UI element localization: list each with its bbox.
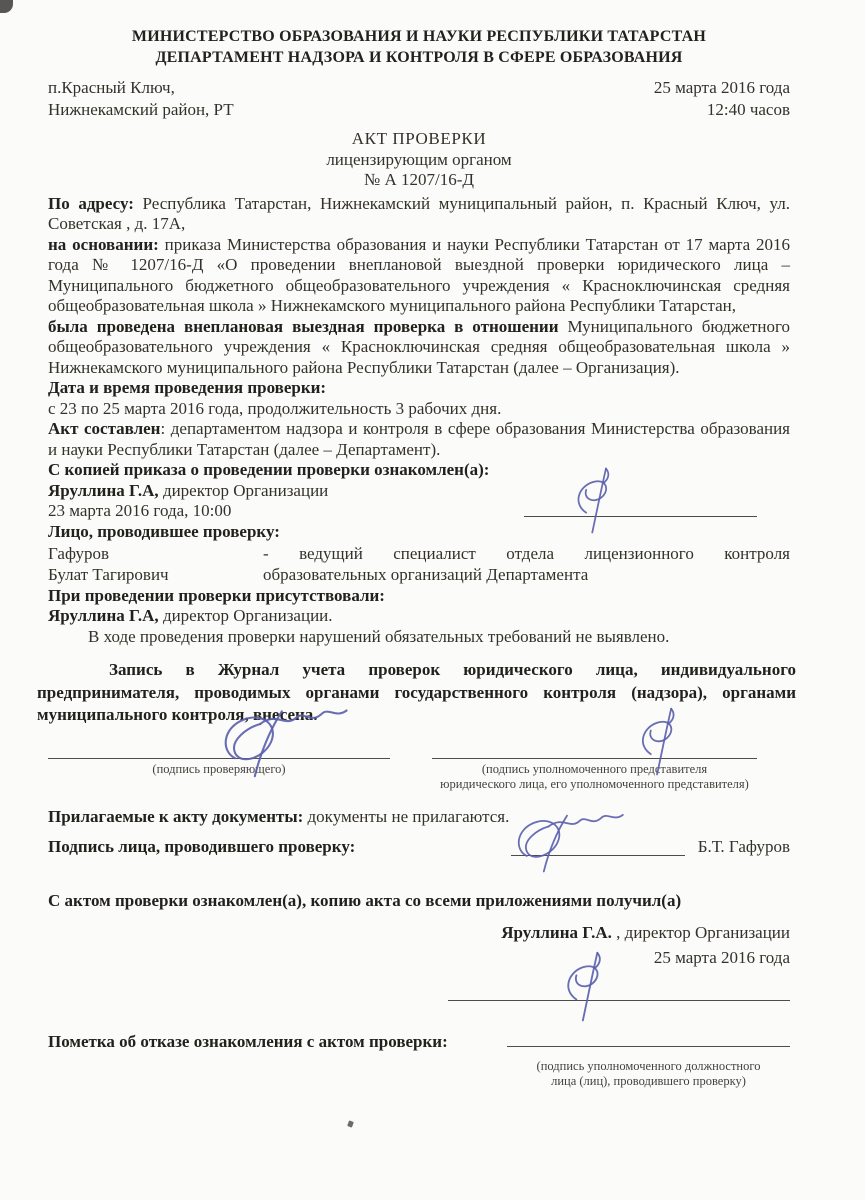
signature-line-representative: [432, 758, 757, 759]
inspector-surname: Гафуров: [48, 543, 263, 565]
present-person: Яруллина Г.А, директор Организации.: [48, 606, 790, 627]
doc-date: 25 марта 2016 года: [654, 77, 790, 99]
present-heading: При проведении проверки присутствовали:: [48, 586, 790, 607]
composed-text: : департаментом надзора и контроля в сфе…: [48, 419, 790, 459]
refuse-row: Пометка об отказе ознакомления с актом п…: [48, 1032, 790, 1053]
document-body: По адресу: Республика Татарстан, Нижнека…: [48, 194, 790, 1090]
inspector-role-line2: образовательных организаций Департамента: [263, 564, 790, 586]
ack-name: Яруллина Г.А.: [501, 923, 612, 942]
ack-role: , директор Организации: [616, 923, 790, 942]
ack-person-block: Яруллина Г.А. , директор Организации 25 …: [48, 920, 790, 970]
copy-person: Яруллина Г.А, директор Организации: [48, 481, 790, 502]
date-heading: Дата и время проведения проверки:: [48, 378, 790, 399]
signature-line-inspector: [48, 758, 390, 759]
scanned-document-page: МИНИСТЕРСТВО ОБРАЗОВАНИЯ И НАУКИ РЕСПУБЛ…: [0, 0, 865, 1200]
attachments-paragraph: Прилагаемые к акту документы: документы …: [48, 807, 790, 828]
signature-line-refuse: [507, 1046, 790, 1047]
address-paragraph: По адресу: Республика Татарстан, Нижнека…: [48, 194, 790, 235]
place-block: п.Красный Ключ, Нижнекамский район, РТ: [48, 77, 234, 121]
inspector-signature-caption: (подпись проверяющего): [48, 762, 390, 777]
inspector-block: Гафуров - ведущий специалист отдела лице…: [48, 543, 790, 586]
present-name: Яруллина Г.А,: [48, 606, 159, 625]
copy-heading: С копией приказа о проведении проверки о…: [48, 460, 790, 481]
scan-corner-artifact: [0, 0, 13, 13]
signature-line-ack: [448, 1000, 790, 1001]
place-date-block: п.Красный Ключ, Нижнекамский район, РТ 2…: [48, 77, 790, 121]
sign-group: Б.Т. Гафуров: [511, 837, 790, 858]
attachments-text: документы не прилагаются.: [308, 807, 510, 826]
address-text: Республика Татарстан, Нижнекамский муниц…: [48, 194, 790, 234]
check-paragraph: была проведена внеплановая выездная пров…: [48, 317, 790, 379]
sign-heading: Подпись лица, проводившего проверку:: [48, 837, 355, 858]
ack-date: 25 марта 2016 года: [48, 945, 790, 970]
place-line1: п.Красный Ключ,: [48, 77, 234, 99]
scan-speck-artifact: [347, 1120, 354, 1127]
datetime-block: 25 марта 2016 года 12:40 часов: [654, 77, 790, 121]
check-label: была проведена внеплановая выездная пров…: [48, 317, 559, 336]
inspector-given: Булат Тагирович: [48, 564, 263, 586]
sign-name: Б.Т. Гафуров: [698, 837, 790, 858]
present-role: директор Организации.: [163, 606, 333, 625]
journal-signature-row: (подпись проверяющего) (подпись уполномо…: [48, 758, 790, 792]
attachments-label: Прилагаемые к акту документы:: [48, 807, 303, 826]
date-text: с 23 по 25 марта 2016 года, продолжитель…: [48, 399, 790, 420]
copy-role: директор Организации: [163, 481, 328, 500]
basis-text: приказа Министерства образования и науки…: [48, 235, 790, 316]
copy-datetime-row: 23 марта 2016 года, 10:00: [48, 501, 790, 522]
ministry-header-line1: МИНИСТЕРСТВО ОБРАЗОВАНИЯ И НАУКИ РЕСПУБЛ…: [48, 26, 790, 47]
place-line2: Нижнекамский район, РТ: [48, 99, 234, 121]
inspector-sign-row: Подпись лица, проводившего проверку: Б.Т…: [48, 837, 790, 877]
signature-line-acquaint: [524, 516, 757, 517]
doc-time: 12:40 часов: [654, 99, 790, 121]
signature-line-gafurov: [511, 855, 685, 856]
composed-label: Акт составлен: [48, 419, 160, 438]
ack-signature-row: [48, 1000, 790, 1001]
basis-paragraph: на основании: приказа Министерства образ…: [48, 235, 790, 317]
ack-heading: С актом проверки ознакомлен(а), копию ак…: [48, 891, 790, 912]
representative-signature-field: (подпись уполномоченного представителя ю…: [432, 758, 757, 792]
refuse-caption-row: (подпись уполномоченного должностного ли…: [48, 1056, 790, 1089]
inspector-heading: Лицо, проводившее проверку:: [48, 522, 790, 543]
composed-paragraph: Акт составлен: департаментом надзора и к…: [48, 419, 790, 460]
result-text: В ходе проведения проверки нарушений обя…: [48, 627, 790, 648]
copy-datetime: 23 марта 2016 года, 10:00: [48, 501, 231, 520]
doc-number: № А 1207/16-Д: [48, 170, 790, 191]
journal-paragraph: Запись в Журнал учета проверок юридическ…: [37, 659, 796, 727]
doc-subtitle: лицензирующим органом: [48, 150, 790, 171]
title-block: АКТ ПРОВЕРКИ лицензирующим органом № А 1…: [48, 129, 790, 191]
ack-person: Яруллина Г.А. , директор Организации: [48, 920, 790, 945]
inspector-role-line1: - ведущий специалист отдела лицензионног…: [263, 543, 790, 565]
representative-signature-caption: (подпись уполномоченного представителя ю…: [432, 762, 757, 792]
copy-name: Яруллина Г.А,: [48, 481, 159, 500]
refuse-caption: (подпись уполномоченного должностного ли…: [507, 1059, 790, 1089]
basis-label: на основании:: [48, 235, 159, 254]
doc-title: АКТ ПРОВЕРКИ: [48, 129, 790, 150]
ministry-header-line2: ДЕПАРТАМЕНТ НАДЗОРА И КОНТРОЛЯ В СФЕРЕ О…: [48, 47, 790, 68]
inspector-signature-field: (подпись проверяющего): [48, 758, 390, 792]
refuse-heading: Пометка об отказе ознакомления с актом п…: [48, 1032, 448, 1053]
address-label: По адресу:: [48, 194, 134, 213]
